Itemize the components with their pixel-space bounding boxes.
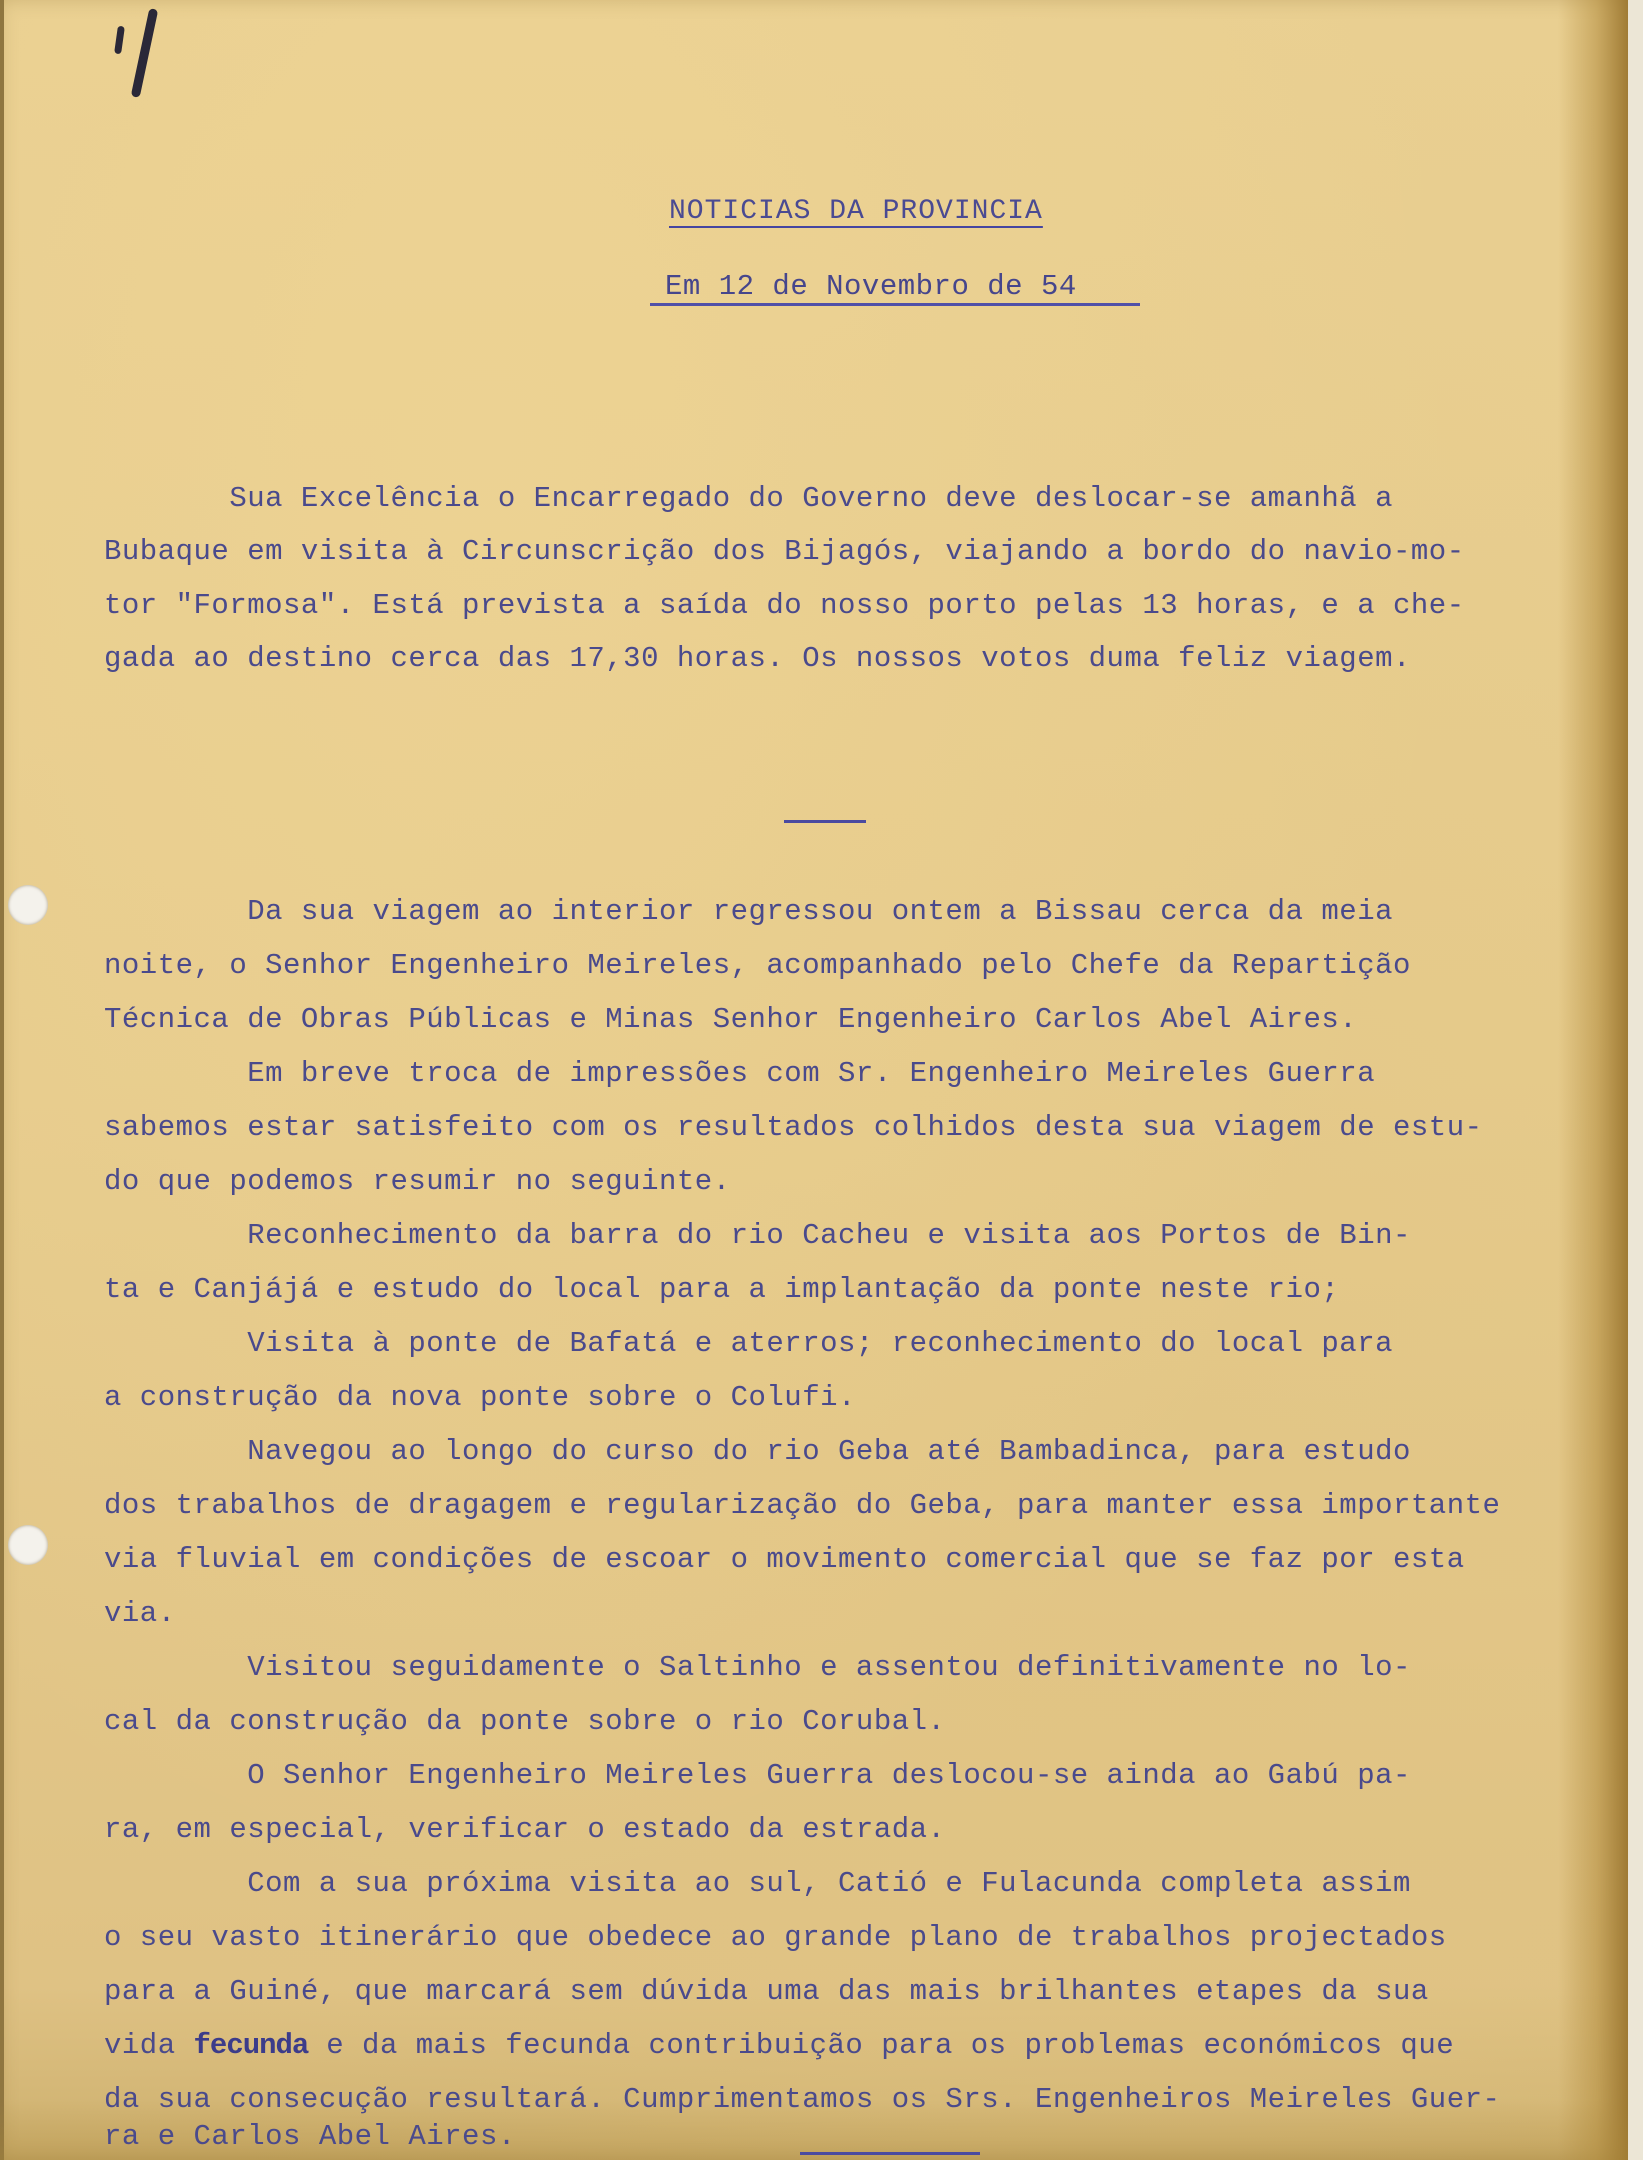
paragraph-9-line-6: ra e Carlos Abel Aires.: [104, 2120, 516, 2153]
pen-mark-long: [131, 8, 159, 98]
paragraph-9-line-2: o seu vasto itinerário que obedece ao gr…: [104, 1921, 1447, 1954]
document-date: Em 12 de Novembro de 54: [665, 270, 1077, 303]
paragraph-2-line-1: Da sua viagem ao interior regressou onte…: [104, 895, 1393, 928]
closing-divider: [800, 2152, 980, 2155]
paragraph-1-line-4: gada ao destino cerca das 17,30 horas. O…: [104, 642, 1411, 675]
paragraph-2-line-2: noite, o Senhor Engenheiro Meireles, aco…: [104, 949, 1411, 982]
paragraph-6-line-1: Navegou ao longo do curso do rio Geba at…: [104, 1435, 1411, 1468]
paragraph-1-line-2: Bubaque em visita à Circunscrição dos Bi…: [104, 535, 1465, 568]
document-page: NOTICIAS DA PROVINCIA Em 12 de Novembro …: [0, 0, 1628, 2160]
page-left-edge: [0, 0, 4, 2160]
paragraph-5-line-2: a construção da nova ponte sobre o Coluf…: [104, 1381, 856, 1414]
date-underline: [650, 303, 1140, 306]
paragraph-1-line-3: tor "Formosa". Está prevista a saída do …: [104, 589, 1465, 622]
paragraph-1-line-1: Sua Excelência o Encarregado do Governo …: [104, 482, 1393, 515]
line-rest: e da mais fecunda contribuição para os p…: [308, 2029, 1454, 2062]
paragraph-3-line-1: Em breve troca de impressões com Sr. Eng…: [104, 1057, 1375, 1090]
paragraph-6-line-3: via fluvial em condições de escoar o mov…: [104, 1543, 1465, 1576]
paragraph-3-line-2: sabemos estar satisfeito com os resultad…: [104, 1111, 1483, 1144]
paragraph-9-line-4: vida fecunda e da mais fecunda contribui…: [104, 2029, 1454, 2062]
paragraph-7-line-2: cal da construção da ponte sobre o rio C…: [104, 1705, 945, 1738]
pen-mark-short: [114, 26, 125, 55]
document-title: NOTICIAS DA PROVINCIA: [669, 196, 1043, 227]
section-divider: [784, 820, 866, 823]
paragraph-9-line-1: Com a sua próxima visita ao sul, Catió e…: [104, 1867, 1411, 1900]
paragraph-9-line-5: da sua consecução resultará. Cumprimenta…: [104, 2083, 1500, 2116]
page-right-edge-shadow: [1558, 0, 1628, 2160]
punch-hole-bottom: [8, 1525, 48, 1565]
paragraph-2-line-3: Técnica de Obras Públicas e Minas Senhor…: [104, 1003, 1357, 1036]
paragraph-6-line-2: dos trabalhos de dragagem e regularizaçã…: [104, 1489, 1500, 1522]
paragraph-5-line-1: Visita à ponte de Bafatá e aterros; reco…: [104, 1327, 1393, 1360]
paragraph-4-line-1: Reconhecimento da barra do rio Cacheu e …: [104, 1219, 1411, 1252]
paragraph-4-line-2: ta e Canjájá e estudo do local para a im…: [104, 1273, 1339, 1306]
paragraph-3-line-3: do que podemos resumir no seguinte.: [104, 1165, 731, 1198]
punch-hole-top: [8, 885, 48, 925]
paragraph-9-line-3: para a Guiné, que marcará sem dúvida uma…: [104, 1975, 1429, 2008]
struck-over-word: fecunda: [194, 2029, 309, 2062]
paragraph-6-line-4: via.: [104, 1597, 176, 1630]
line-start: vida: [104, 2029, 194, 2062]
paragraph-7-line-1: Visitou seguidamente o Saltinho e assent…: [104, 1651, 1411, 1684]
paragraph-8-line-1: O Senhor Engenheiro Meireles Guerra desl…: [104, 1759, 1411, 1792]
paragraph-8-line-2: ra, em especial, verificar o estado da e…: [104, 1813, 945, 1846]
